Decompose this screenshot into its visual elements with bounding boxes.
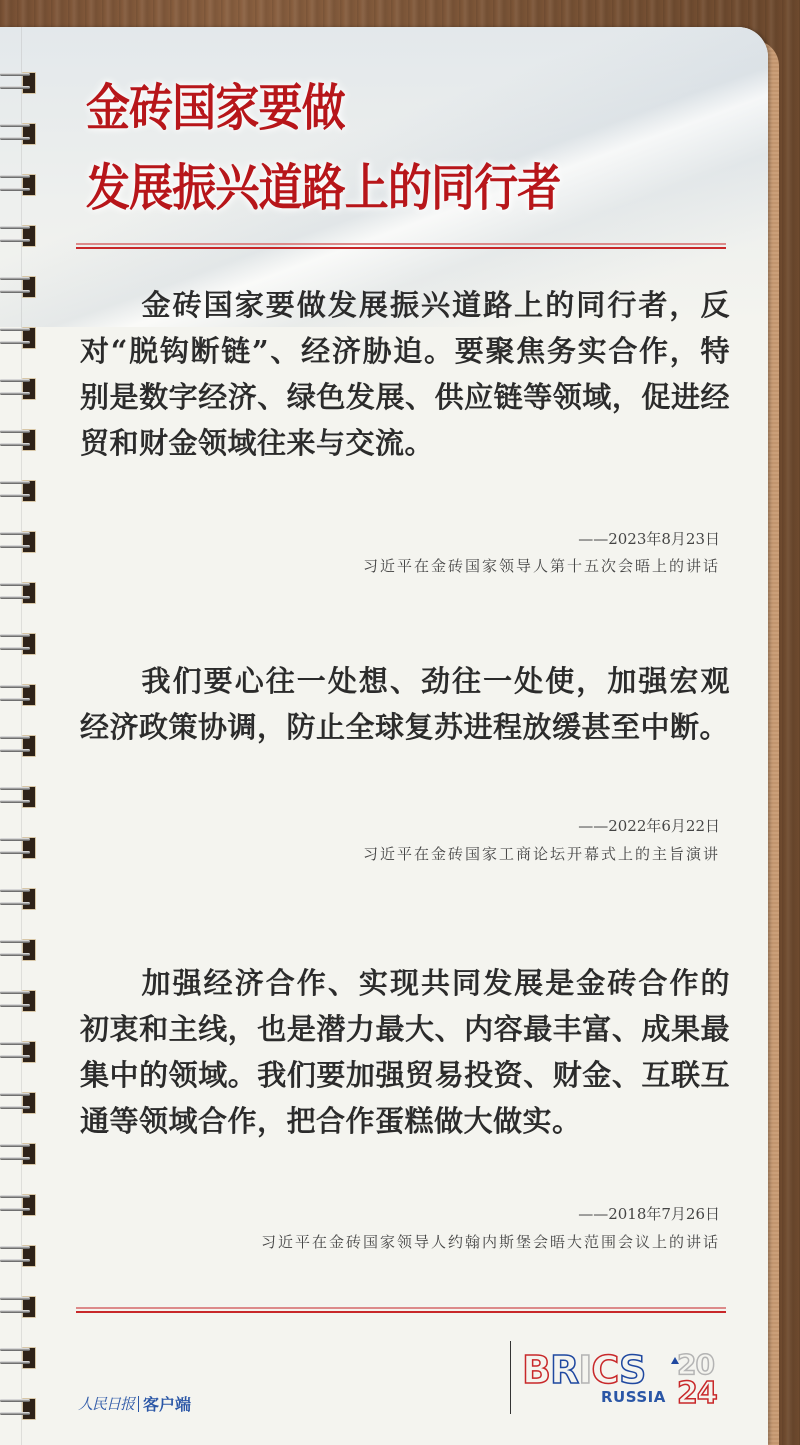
ring-wire <box>0 481 30 484</box>
quote-1-first-line: 金砖国家要做发展振兴道路上的同行者， <box>140 288 700 322</box>
ring-wire <box>0 1144 30 1147</box>
ring-wire <box>0 545 30 548</box>
bottom-divider <box>76 1307 726 1313</box>
ring-wire <box>0 647 30 650</box>
spiral-ring <box>0 886 36 910</box>
quote-2-first-line: 我们要心往一处想、劲往一处使，加强 <box>140 664 669 698</box>
quote-1-source: 习近平在金砖国家领导人第十五次会晤上的讲话 <box>363 555 720 576</box>
spiral-ring <box>0 70 36 94</box>
quote-1-date: ——2023年8月23日 <box>578 528 720 549</box>
ring-wire <box>0 86 30 89</box>
spiral-ring <box>0 1243 36 1267</box>
ring-wire <box>0 443 30 446</box>
ring-wire <box>0 494 30 497</box>
spiral-ring <box>0 988 36 1012</box>
ring-wire <box>0 379 30 382</box>
brics-letter-s: S <box>619 1348 645 1392</box>
spiral-binding <box>0 0 40 1445</box>
ring-wire <box>0 1004 30 1007</box>
ring-wire <box>0 1093 30 1096</box>
ring-wire <box>0 239 30 242</box>
ring-wire <box>0 698 30 701</box>
quote-2-source: 习近平在金砖国家工商论坛开幕式上的主旨演讲 <box>363 843 720 864</box>
ring-wire <box>0 1348 30 1351</box>
spiral-ring <box>0 325 36 349</box>
logo-separator <box>138 1396 139 1412</box>
spiral-ring <box>0 631 36 655</box>
spiral-ring <box>0 223 36 247</box>
ring-wire <box>0 1412 30 1415</box>
client-label: 客户端 <box>143 1392 191 1415</box>
ring-wire <box>0 634 30 637</box>
title-line-1: 金砖国家要做 <box>86 68 560 148</box>
ring-wire <box>0 902 30 905</box>
spiral-ring <box>0 733 36 757</box>
spiral-ring <box>0 427 36 451</box>
ring-wire <box>0 940 30 943</box>
spiral-ring <box>0 529 36 553</box>
brics-letter-i: I <box>578 1348 591 1392</box>
brics-letter-b: B <box>522 1348 550 1392</box>
quote-3-date: ——2018年7月26日 <box>578 1203 720 1224</box>
spiral-ring <box>0 1345 36 1369</box>
logo-divider <box>510 1341 511 1414</box>
ring-wire <box>0 749 30 752</box>
ring-wire <box>0 736 30 739</box>
ring-wire <box>0 1042 30 1045</box>
spiral-ring <box>0 937 36 961</box>
spiral-ring <box>0 478 36 502</box>
spiral-ring <box>0 1090 36 1114</box>
ring-wire <box>0 685 30 688</box>
ring-wire <box>0 889 30 892</box>
country-label: RUSSIA <box>601 1388 666 1406</box>
ring-wire <box>0 1106 30 1109</box>
ring-wire <box>0 838 30 841</box>
quote-3: 加强经济合作、实现共同发展是金砖合作的初衷和主线，也是潜力最大、内容最丰富、成果… <box>80 960 730 1144</box>
ring-wire <box>0 1246 30 1249</box>
ring-wire <box>0 430 30 433</box>
quote-2-date: ——2022年6月22日 <box>578 815 720 836</box>
ring-wire <box>0 800 30 803</box>
ring-wire <box>0 953 30 956</box>
spiral-ring <box>0 172 36 196</box>
title-line-2: 发展振兴道路上的同行者 <box>86 148 560 228</box>
spiral-ring <box>0 376 36 400</box>
ring-wire <box>0 532 30 535</box>
spiral-ring <box>0 784 36 808</box>
ring-wire <box>0 1399 30 1402</box>
peoples-daily-client-logo: 人民日报 客户端 <box>78 1392 191 1415</box>
ring-wire <box>0 991 30 994</box>
peoples-daily-wordmark: 人民日报 <box>78 1393 134 1414</box>
brics-2024-russia-logo: BRICS 20 24 RUSSIA <box>522 1350 732 1410</box>
brics-wordmark: BRICS <box>522 1350 645 1390</box>
ring-wire <box>0 277 30 280</box>
ring-wire <box>0 226 30 229</box>
quote-2: 我们要心往一处想、劲往一处使，加强宏观经济政策协调，防止全球复苏进程放缓甚至中断… <box>80 658 730 750</box>
page-title: 金砖国家要做 发展振兴道路上的同行者 <box>86 68 560 228</box>
ring-wire <box>0 1259 30 1262</box>
ring-wire <box>0 188 30 191</box>
quote-3-source: 习近平在金砖国家领导人约翰内斯堡会晤大范围会议上的讲话 <box>261 1231 720 1252</box>
ring-wire <box>0 1310 30 1313</box>
ring-wire <box>0 1208 30 1211</box>
ring-wire <box>0 341 30 344</box>
ring-wire <box>0 1055 30 1058</box>
ring-wire <box>0 175 30 178</box>
spiral-ring <box>0 1192 36 1216</box>
ring-wire <box>0 1297 30 1300</box>
top-divider <box>76 243 726 249</box>
spiral-ring <box>0 274 36 298</box>
spiral-ring <box>0 835 36 859</box>
spiral-ring <box>0 1396 36 1420</box>
brics-letter-r: R <box>550 1348 578 1392</box>
ring-wire <box>0 596 30 599</box>
ring-wire <box>0 1195 30 1198</box>
brics-letter-c: C <box>591 1348 619 1392</box>
year-bottom: 24 <box>677 1376 717 1411</box>
ring-wire <box>0 124 30 127</box>
spiral-ring <box>0 1294 36 1318</box>
spiral-ring <box>0 1141 36 1165</box>
ring-wire <box>0 787 30 790</box>
ring-wire <box>0 1157 30 1160</box>
ring-wire <box>0 290 30 293</box>
spiral-ring <box>0 682 36 706</box>
spiral-ring <box>0 1039 36 1063</box>
ring-wire <box>0 583 30 586</box>
ring-wire <box>0 851 30 854</box>
ring-wire <box>0 73 30 76</box>
quote-1: 金砖国家要做发展振兴道路上的同行者，反对“脱钩断链”、经济胁迫。要聚焦务实合作，… <box>80 282 730 466</box>
ring-wire <box>0 392 30 395</box>
ring-wire <box>0 137 30 140</box>
quote-3-first-line: 加强经济合作、实现共同发展是金砖合 <box>140 966 669 1000</box>
spiral-ring <box>0 580 36 604</box>
ring-wire <box>0 1361 30 1364</box>
spiral-ring <box>0 121 36 145</box>
ring-wire <box>0 328 30 331</box>
